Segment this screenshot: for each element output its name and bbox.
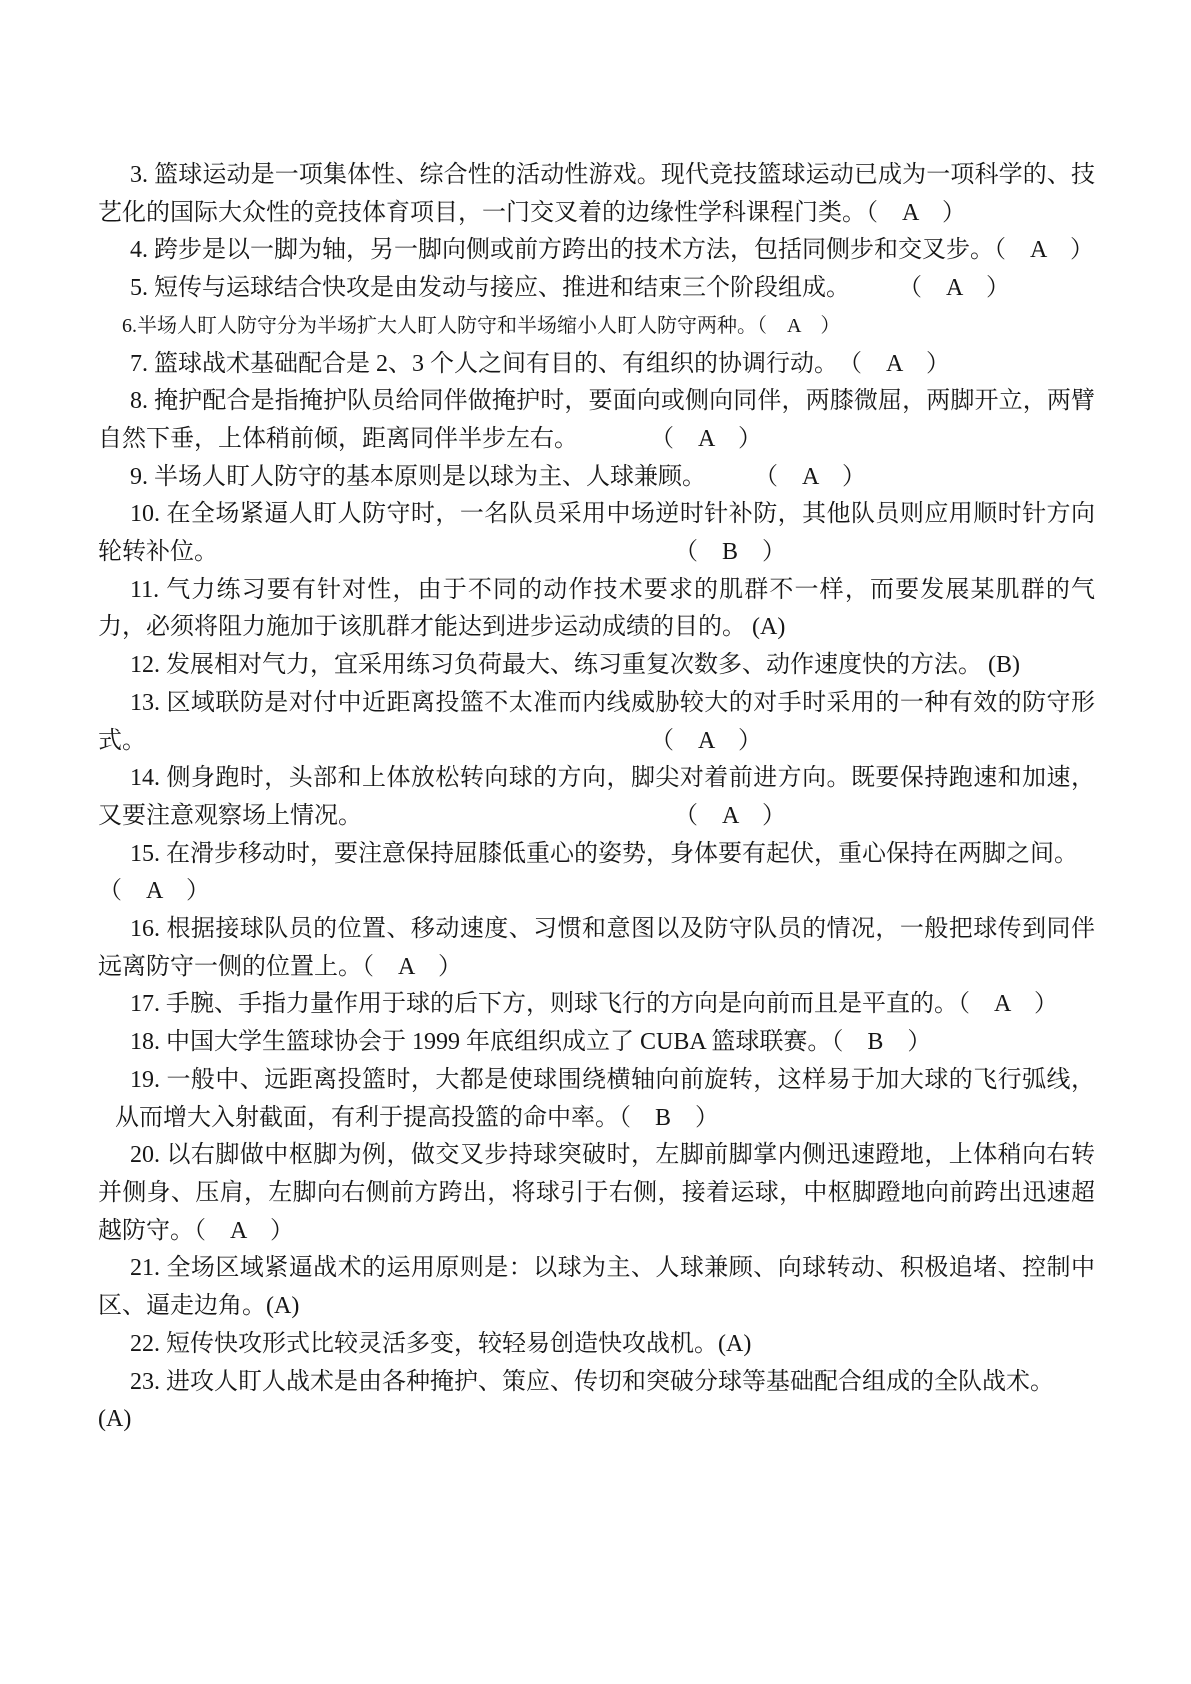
question-number: 13. [130,690,166,716]
question-body: 半场人盯人防守的基本原则是以球为主、人球兼顾。 [154,464,694,490]
question-number: 4. [130,237,154,263]
question-answer: （ A ） [134,728,762,754]
question-answer: (B) [982,652,1020,678]
question-item: 4. 跨步是以一脚为轴，另一脚向侧或前方跨出的技术方法，包括同侧步和交叉步。（ … [98,232,1095,270]
question-body: 发展相对气力，宜采用练习负荷最大、练习重复次数多、动作速度快的方法。 [166,652,982,678]
question-item: 9. 半场人盯人防守的基本原则是以球为主、人球兼顾。 （ A ） [98,459,1095,497]
question-number: 11. [130,577,166,603]
document-page: 3. 篮球运动是一项集体性、综合性的活动性游戏。现代竞技篮球运动已成为一项科学的… [0,0,1191,1684]
question-answer: （ B ） [831,1029,931,1055]
question-number: 22. [130,1331,166,1357]
question-item: 21. 全场区域紧逼战术的运用原则是：以球为主、人球兼顾、向球转动、积极追堵、控… [98,1250,1095,1325]
question-number: 19. [130,1067,166,1093]
question-answer: （ A ） [694,464,866,490]
question-item: 13. 区域联防是对付中近距离投篮不太准而内线威胁较大的对手时采用的一种有效的防… [98,685,1095,760]
question-number: 16. [130,916,166,942]
question-answer: （ A ） [866,200,966,226]
question-number: 23. [130,1369,166,1395]
question-body: 一般中、远距离投篮时，大都是使球围绕横轴向前旋转，这样易于加大球的飞行弧线，从而… [115,1067,1095,1131]
question-item: 14. 侧身跑时，头部和上体放松转向球的方向，脚尖对着前进方向。既要保持跑速和加… [98,760,1095,835]
question-item: 3. 篮球运动是一项集体性、综合性的活动性游戏。现代竞技篮球运动已成为一项科学的… [98,157,1095,232]
question-item: 17. 手腕、手指力量作用于球的后下方，则球飞行的方向是向前而且是平直的。（ A… [98,986,1095,1024]
question-item: 7. 篮球战术基础配合是 2、3 个人之间有目的、有组织的协调行动。 （ A ） [98,346,1095,384]
question-answer: （ A ） [757,315,840,337]
question-body: 半场人盯人防守分为半场扩大人盯人防守和半场缩小人盯人防守两种。 [137,315,757,337]
question-answer: （ A ） [826,351,950,377]
question-number: 21. [130,1255,166,1281]
question-number: 20. [130,1142,166,1168]
question-body: 短传快攻形式比较灵活多变，较轻易创造快攻战机。 [166,1331,718,1357]
question-item: 10. 在全场紧逼人盯人防守时，一名队员采用中场逆时针补防，其他队员则应用顺时针… [98,496,1095,571]
question-answer: (A) [718,1331,751,1357]
question-number: 17. [130,991,166,1017]
question-body: 根据接球队员的位置、移动速度、习惯和意图以及防守队员的情况，一般把球传到同伴远离… [98,916,1095,980]
question-body: 手腕、手指力量作用于球的后下方，则球飞行的方向是向前而且是平直的。 [166,991,958,1017]
question-item: 20. 以右脚做中枢脚为例，做交叉步持球突破时，左脚前脚掌内侧迅速蹬地，上体稍向… [98,1137,1095,1250]
question-body: 在滑步移动时，要注意保持屈膝低重心的姿势，身体要有起伏，重心保持在两脚之间。 [166,841,1078,867]
question-number: 15. [130,841,166,867]
question-body: 进攻人盯人战术是由各种掩护、策应、传切和突破分球等基础配合组成的全队战术。 [166,1369,1054,1395]
question-body: 短传与运球结合快攻是由发动与接应、推进和结束三个阶段组成。 [154,275,838,301]
question-number: 5. [130,275,154,301]
question-answer: (A) [98,1406,131,1432]
question-item: 22. 短传快攻形式比较灵活多变，较轻易创造快攻战机。(A) [98,1326,1095,1364]
question-answer: (A) [746,614,785,640]
question-answer: （ A ） [362,954,462,980]
question-item: 12. 发展相对气力，宜采用练习负荷最大、练习重复次数多、动作速度快的方法。 (… [98,647,1095,685]
question-item: 11. 气力练习要有针对性，由于不同的动作技术要求的肌群不一样，而要发展某肌群的… [98,572,1095,647]
question-number: 18. [130,1029,166,1055]
question-number: 3. [130,162,154,188]
question-answer: （ A ） [350,803,786,829]
question-answer: （ A ） [994,237,1094,263]
question-item: 18. 中国大学生篮球协会于 1999 年底组织成立了 CUBA 篮球联赛。（ … [98,1024,1095,1062]
question-list: 3. 篮球运动是一项集体性、综合性的活动性游戏。现代竞技篮球运动已成为一项科学的… [98,157,1095,1439]
question-body: 中国大学生篮球协会于 1999 年底组织成立了 CUBA 篮球联赛。 [166,1029,831,1055]
question-body: 跨步是以一脚为轴，另一脚向侧或前方跨出的技术方法，包括同侧步和交叉步。 [154,237,994,263]
question-number: 6. [122,315,137,337]
question-answer: （ B ） [206,539,786,565]
question-item: 19. 一般中、远距离投篮时，大都是使球围绕横轴向前旋转，这样易于加大球的飞行弧… [98,1062,1095,1137]
question-number: 14. [130,765,166,791]
question-number: 9. [130,464,154,490]
question-body: 气力练习要有针对性，由于不同的动作技术要求的肌群不一样，而要发展某肌群的气力，必… [98,577,1095,641]
question-answer: （ A ） [958,991,1058,1017]
question-answer: （ A ） [98,878,210,904]
question-answer: （ A ） [838,275,1010,301]
question-item: 5. 短传与运球结合快攻是由发动与接应、推进和结束三个阶段组成。 （ A ） [98,270,1095,308]
question-item: 15. 在滑步移动时，要注意保持屈膝低重心的姿势，身体要有起伏，重心保持在两脚之… [98,836,1095,911]
question-number: 7. [130,351,154,377]
question-answer: （ B ） [619,1105,719,1131]
question-number: 8. [130,388,154,414]
question-answer: （ A ） [194,1218,294,1244]
question-answer: (A) [266,1293,299,1319]
question-item: 6.半场人盯人防守分为半场扩大人盯人防守和半场缩小人盯人防守两种。（ A ） [98,308,1095,346]
question-answer: （ A ） [566,426,762,452]
question-body: 篮球战术基础配合是 2、3 个人之间有目的、有组织的协调行动。 [154,351,826,377]
question-number: 10. [130,501,166,527]
question-item: 23. 进攻人盯人战术是由各种掩护、策应、传切和突破分球等基础配合组成的全队战术… [98,1364,1095,1439]
question-item: 16. 根据接球队员的位置、移动速度、习惯和意图以及防守队员的情况，一般把球传到… [98,911,1095,986]
question-number: 12. [130,652,166,678]
question-item: 8. 掩护配合是指掩护队员给同伴做掩护时，要面向或侧向同伴，两膝微屈，两脚开立，… [98,383,1095,458]
question-body: 全场区域紧逼战术的运用原则是：以球为主、人球兼顾、向球转动、积极追堵、控制中区、… [98,1255,1095,1319]
